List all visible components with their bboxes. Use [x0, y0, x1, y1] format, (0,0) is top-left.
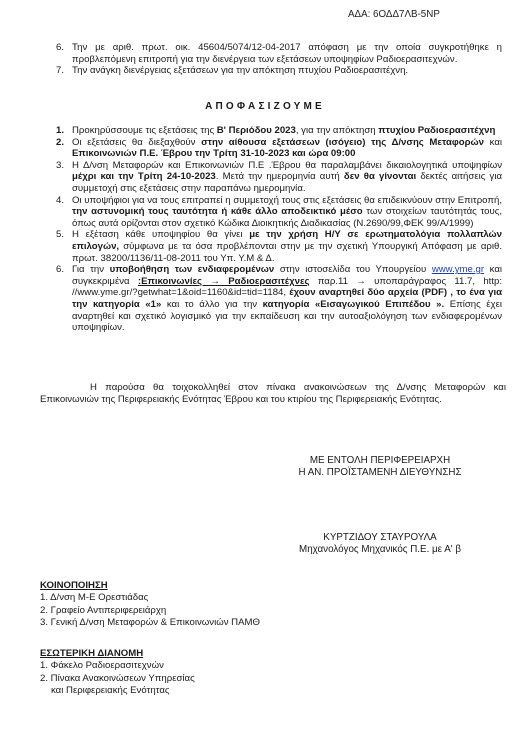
- signature-authority: ΜΕ ΕΝΤΟΛΗ ΠΕΡΙΦΕΡΕΙΑΡΧΗ Η ΑΝ. ΠΡΟΪΣΤΑΜΕΝ…: [270, 455, 490, 479]
- decision-list: 1.Προκηρύσσουμε τις εξετάσεις της Β' Περ…: [56, 125, 502, 334]
- preamble-item: 7.Την ανάγκη διενέργειας εξετάσεων για τ…: [56, 65, 502, 77]
- decision-item: 1.Προκηρύσσουμε τις εξετάσεις της Β' Περ…: [56, 125, 502, 137]
- decision-item: 4.Οι υποψήφιοι για να τους επιτραπεί η σ…: [56, 195, 502, 230]
- signer-role: Μηχανολόγος Μηχανικός Π.Ε. με Α' β: [270, 544, 490, 556]
- preamble-item: 6.Την με αριθ. πρωτ. οικ. 45604/5074/12-…: [56, 42, 502, 65]
- signer-name: ΚΥΡΤΖΙΔΟΥ ΣΤΑΥΡΟΥΛΑ: [270, 532, 490, 544]
- list-item: 1. Δ/νση Μ-Ε Ορεστιάδας: [40, 592, 260, 604]
- preamble-list: 6.Την με αριθ. πρωτ. οικ. 45604/5074/12-…: [56, 42, 502, 77]
- closing-paragraph: Η παρούσα θα τοιχοκολληθεί στον πίνακα α…: [40, 382, 506, 406]
- esoteriki-section: ΕΣΩΤΕΡΙΚΗ ΔΙΑΝΟΜΗ 1. Φάκελο Ραδιοερασιτε…: [40, 648, 195, 698]
- koinopoiisi-title: ΚΟΙΝΟΠΟΙΗΣΗ: [40, 580, 260, 592]
- list-item: 2. Γραφείο Αντιπεριφερειάρχη: [40, 605, 260, 617]
- list-item-continuation: και Περιφερειακής Ενότητας: [40, 685, 195, 697]
- ada-code: ΑΔΑ: 6ΟΔΔ7ΛΒ-5ΝΡ: [348, 9, 440, 20]
- yme-link[interactable]: www.yme.gr: [432, 264, 484, 275]
- signature-line-1: ΜΕ ΕΝΤΟΛΗ ΠΕΡΙΦΕΡΕΙΑΡΧΗ: [270, 455, 490, 467]
- list-item: 2. Πίνακα Ανακοινώσεων Υπηρεσίας: [40, 673, 195, 685]
- decision-item: 5.Η εξέταση κάθε υποψηφίου θα γίνει με τ…: [56, 229, 502, 264]
- esoteriki-title: ΕΣΩΤΕΡΙΚΗ ΔΙΑΝΟΜΗ: [40, 648, 195, 660]
- decision-heading: ΑΠΟΦΑΣΙΖΟΥΜΕ: [0, 101, 530, 112]
- koinopoiisi-section: ΚΟΙΝΟΠΟΙΗΣΗ 1. Δ/νση Μ-Ε Ορεστιάδας 2. Γ…: [40, 580, 260, 630]
- signature-person: ΚΥΡΤΖΙΔΟΥ ΣΤΑΥΡΟΥΛΑ Μηχανολόγος Μηχανικό…: [270, 532, 490, 556]
- decision-item: 6.Για την υποβοήθηση των ενδιαφερομένων …: [56, 264, 502, 334]
- decision-item: 2.Οι εξετάσεις θα διεξαχθούν στην αίθουσ…: [56, 137, 502, 160]
- signature-line-2: Η ΑΝ. ΠΡΟΪΣΤΑΜΕΝΗ ΔΙΕΥΘΥΝΣΗΣ: [270, 467, 490, 479]
- list-item: 3. Γενική Δ/νση Μεταφορών & Επικοινωνιών…: [40, 617, 260, 629]
- list-item: 1. Φάκελο Ραδιοερασιτεχνών: [40, 660, 195, 672]
- decision-item: 3.Η Δ/νση Μεταφορών και Επικοινωνιών Π.Ε…: [56, 160, 502, 195]
